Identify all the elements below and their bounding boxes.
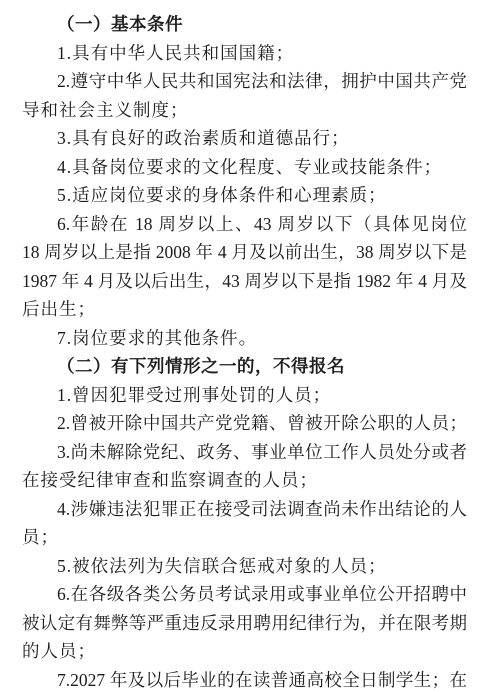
doc-line: 1.具有中华人民共和国国籍； [22, 39, 467, 68]
doc-line: 6.年龄在 18 周岁以上、43 周岁以下（具体见岗位表）。 [22, 210, 467, 239]
doc-line: 7.2027 年及以后毕业的在读普通高校全日制学生；在读 [22, 666, 467, 692]
doc-line: 2.遵守中华人民共和国宪法和法律，拥护中国共产党领 [22, 67, 467, 96]
section-heading: （二）有下列情形之一的，不得报名 [22, 352, 467, 381]
doc-line: 被认定有舞弊等严重违反录用聘用纪律行为，并在限考期内 [22, 609, 467, 638]
doc-line: 的人员； [22, 637, 467, 666]
doc-line: 4.涉嫌违法犯罪正在接受司法调查尚未作出结论的人 [22, 495, 467, 524]
doc-line: 5.被依法列为失信联合惩戒对象的人员； [22, 552, 467, 581]
doc-line: 5.适应岗位要求的身体条件和心理素质； [22, 181, 467, 210]
doc-line: 7.岗位要求的其他条件。 [22, 324, 467, 353]
doc-line: 3.具有良好的政治素质和道德品行； [22, 124, 467, 153]
doc-line: 3.尚未解除党纪、政务、事业单位工作人员处分或者正 [22, 438, 467, 467]
doc-line: 4.具备岗位要求的文化程度、专业或技能条件； [22, 153, 467, 182]
document-body: （一）基本条件1.具有中华人民共和国国籍；2.遵守中华人民共和国宪法和法律，拥护… [22, 10, 467, 692]
doc-line: 6.在各级各类公务员考试录用或事业单位公开招聘中 [22, 580, 467, 609]
doc-line: 2.曾被开除中国共产党党籍、曾被开除公职的人员； [22, 409, 467, 438]
doc-line: 1987 年 4 月及以后出生，43 周岁以下是指 1982 年 4 月及以 [22, 267, 467, 296]
doc-line: 在接受纪律审查和监察调查的人员； [22, 466, 467, 495]
doc-line: 后出生； [22, 295, 467, 324]
document-page: （一）基本条件1.具有中华人民共和国国籍；2.遵守中华人民共和国宪法和法律，拥护… [0, 0, 488, 692]
doc-line: 1.曾因犯罪受过刑事处罚的人员； [22, 381, 467, 410]
doc-line: 18 周岁以上是指 2008 年 4 月及以前出生，38 周岁以下是指 [22, 238, 467, 267]
section-heading: （一）基本条件 [22, 10, 467, 39]
doc-line: 导和社会主义制度； [22, 96, 467, 125]
doc-line: 员； [22, 523, 467, 552]
